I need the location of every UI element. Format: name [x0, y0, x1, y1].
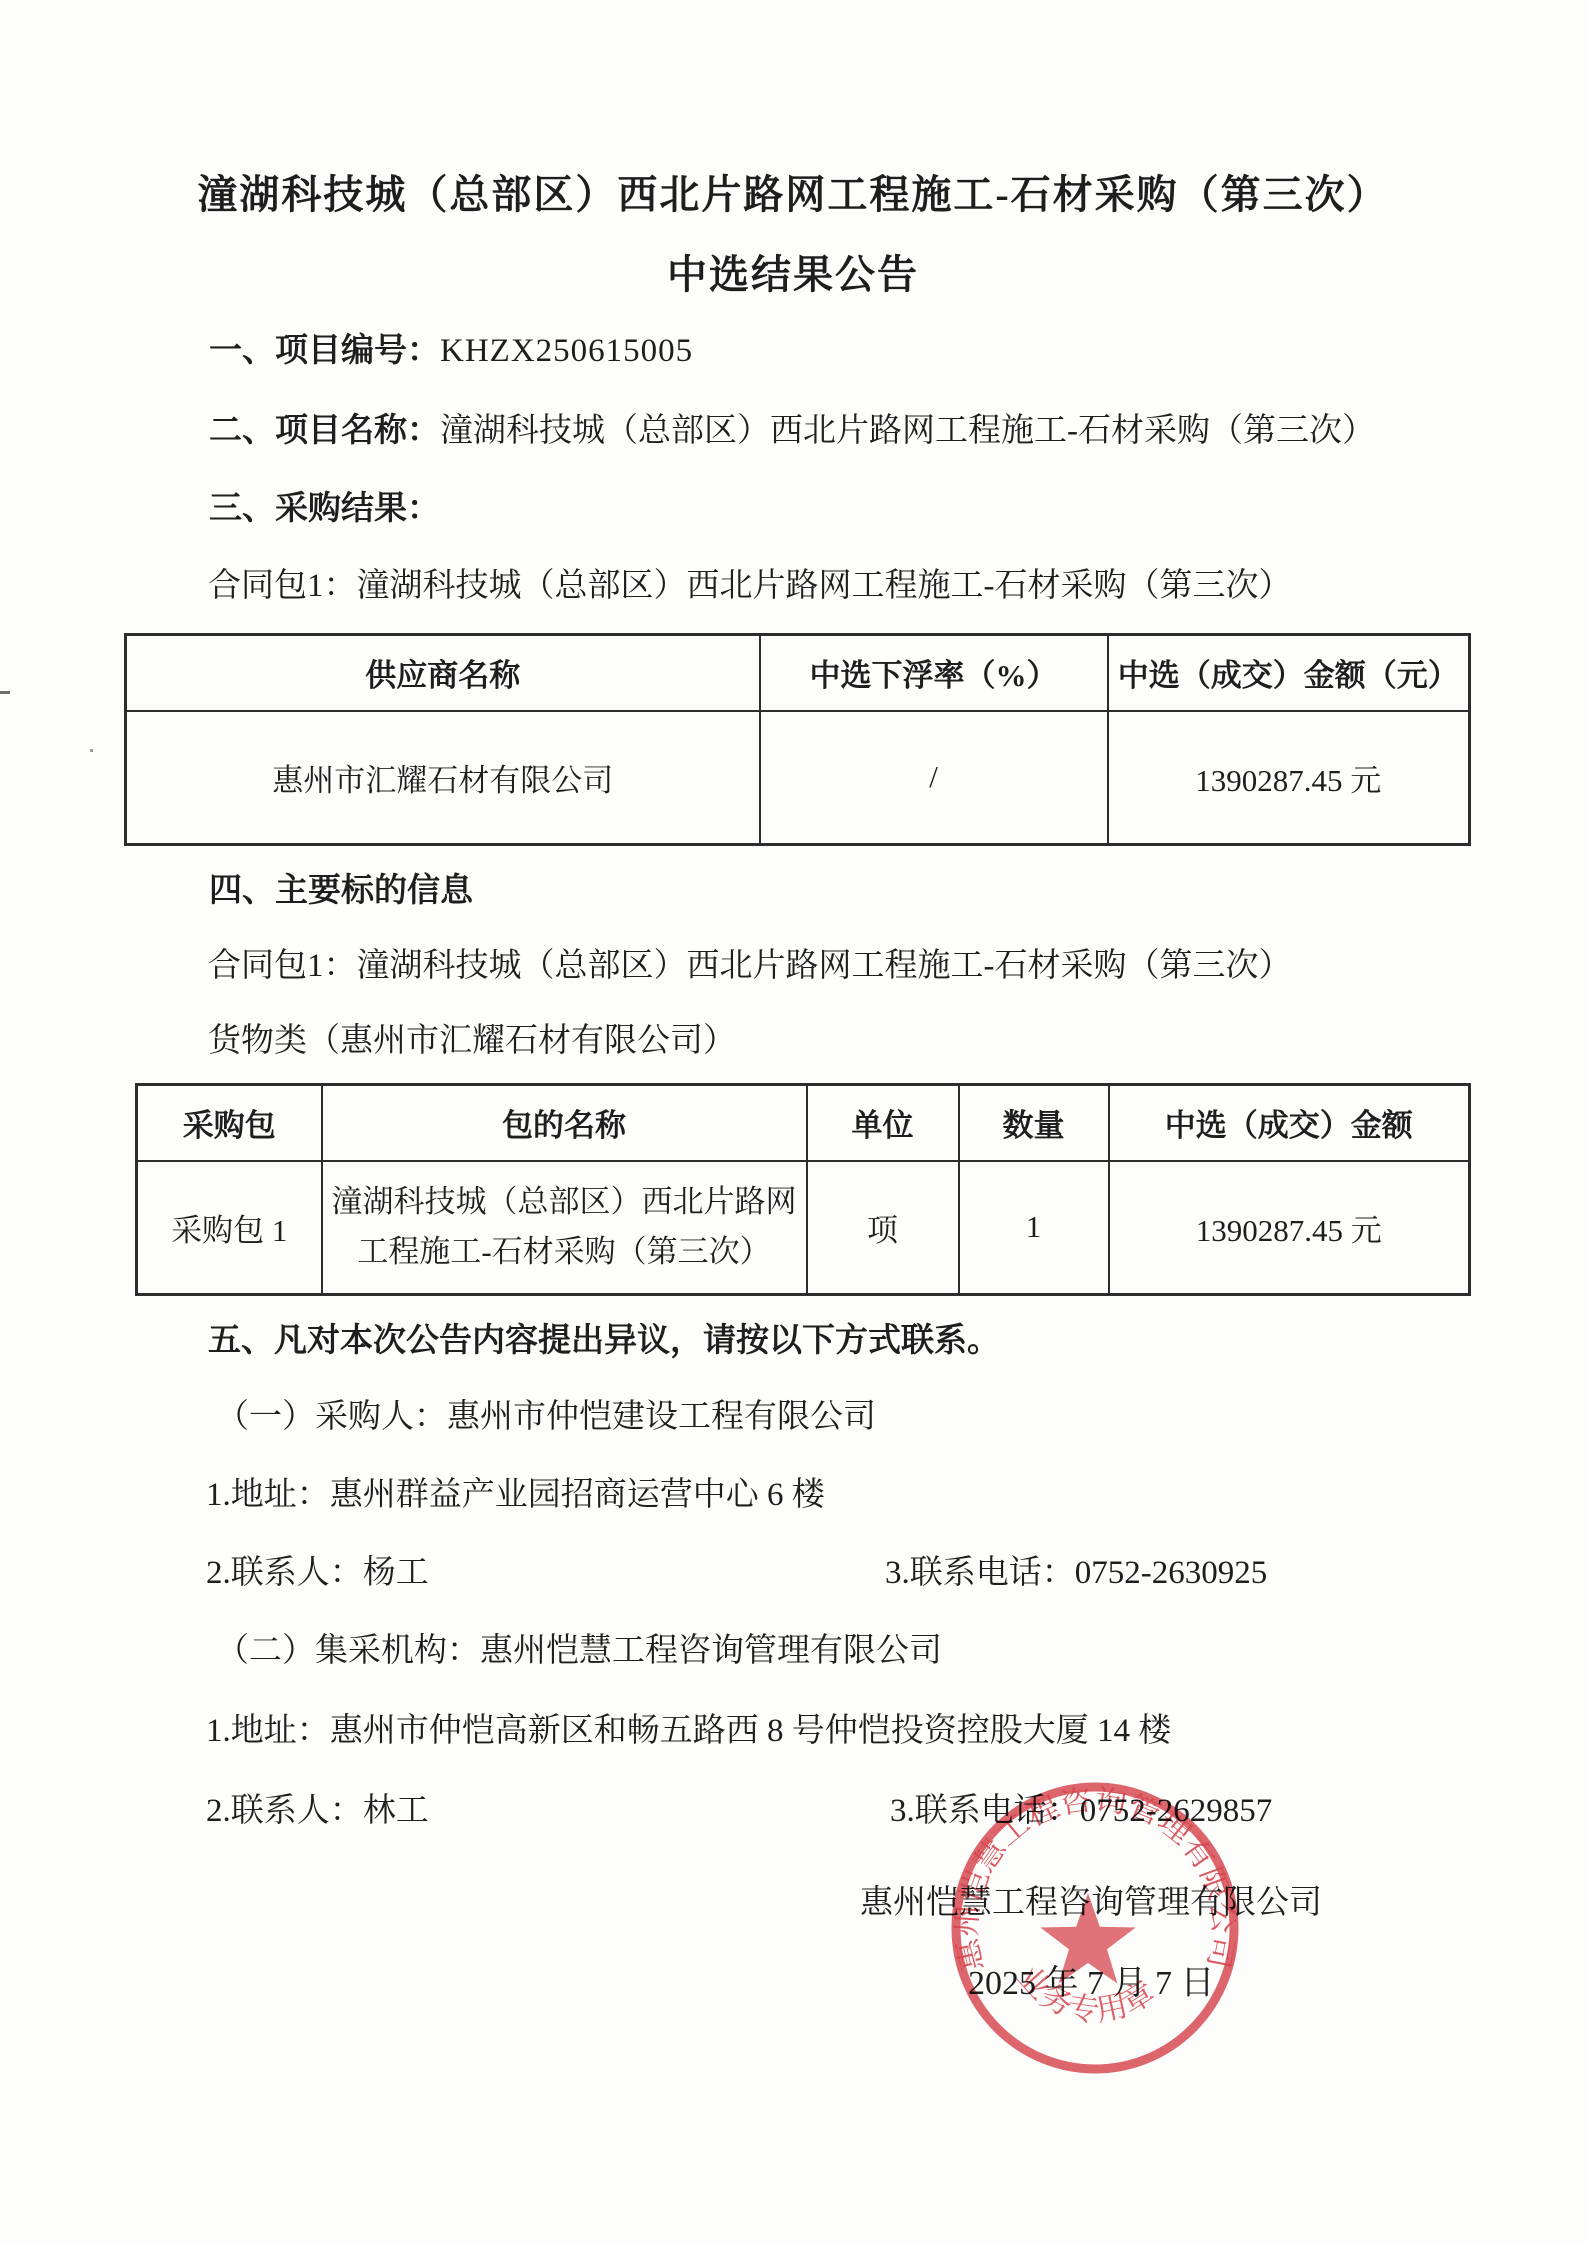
- scan-artifact-dot: [90, 749, 93, 752]
- project-number-label: 一、项目编号：: [209, 333, 440, 369]
- agency-address: 1.地址：惠州市仲恺高新区和畅五路西 8 号仲恺投资控股大厦 14 楼: [206, 1711, 1171, 1752]
- table-header-row: 供应商名称 中选下浮率（%） 中选（成交）金额（元）: [126, 635, 1470, 711]
- purchaser-contact-person: 2.联系人：杨工: [206, 1553, 429, 1594]
- award-amount-cell: 1390287.45 元: [1108, 711, 1470, 845]
- col-header-supplier-name: 供应商名称: [126, 635, 760, 711]
- supplier-result-table: 供应商名称 中选下浮率（%） 中选（成交）金额（元） 惠州市汇耀石材有限公司 /…: [124, 633, 1471, 846]
- table-row: 采购包 1 潼湖科技城（总部区）西北片路网 工程施工-石材采购（第三次） 项 1…: [137, 1161, 1470, 1295]
- purchaser-phone: 3.联系电话：0752-2630925: [885, 1553, 1267, 1594]
- purchaser-line: （一）采购人：惠州市仲恺建设工程有限公司: [216, 1397, 876, 1438]
- section-subject-info: 四、主要标的信息: [209, 871, 473, 912]
- col-header-package-name: 包的名称: [322, 1085, 807, 1161]
- purchaser-address: 1.地址：惠州群益产业园招商运营中心 6 楼: [206, 1475, 825, 1516]
- document-title-line2: 中选结果公告: [0, 250, 1586, 300]
- package-id-cell: 采购包 1: [137, 1161, 322, 1295]
- agency-line: （二）集采机构：惠州恺慧工程咨询管理有限公司: [216, 1631, 942, 1672]
- announcement-document: 潼湖科技城（总部区）西北片路网工程施工-石材采购（第三次） 中选结果公告 一、项…: [0, 0, 1586, 2242]
- document-title-line1: 潼湖科技城（总部区）西北片路网工程施工-石材采购（第三次）: [0, 170, 1586, 220]
- package-name-line2: 工程施工-石材采购（第三次）: [329, 1227, 800, 1277]
- project-name-label: 二、项目名称：: [209, 413, 440, 449]
- contract-package-line-1: 合同包1：潼湖科技城（总部区）西北片路网工程施工-石材采购（第三次）: [208, 566, 1292, 607]
- section-procurement-result: 三、采购结果：: [209, 489, 440, 530]
- package-detail-table: 采购包 包的名称 单位 数量 中选（成交）金额 采购包 1 潼湖科技城（总部区）…: [135, 1083, 1471, 1296]
- project-number-value: KHZX250615005: [440, 333, 693, 369]
- discount-rate-cell: /: [760, 711, 1108, 845]
- goods-category-line: 货物类（惠州市汇耀石材有限公司）: [208, 1021, 736, 1062]
- contract-package-line-2: 合同包1：潼湖科技城（总部区）西北片路网工程施工-石材采购（第三次）: [208, 946, 1292, 987]
- company-seal-stamp: 惠州恺慧工程咨询管理有限公司 业务专用章: [940, 1772, 1250, 2082]
- section-project-number: 一、项目编号：KHZX250615005: [209, 331, 693, 372]
- quantity-cell: 1: [959, 1161, 1109, 1295]
- svg-text:业务专用章: 业务专用章: [1011, 1959, 1161, 2028]
- unit-cell: 项: [807, 1161, 959, 1295]
- supplier-name-cell: 惠州市汇耀石材有限公司: [126, 711, 760, 845]
- section-objection-contact: 五、凡对本次公告内容提出异议，请按以下方式联系。: [208, 1321, 1000, 1362]
- col-header-quantity: 数量: [959, 1085, 1109, 1161]
- col-header-award-amount: 中选（成交）金额（元）: [1108, 635, 1470, 711]
- project-name-value: 潼湖科技城（总部区）西北片路网工程施工-石材采购（第三次）: [440, 413, 1375, 449]
- table-row: 惠州市汇耀石材有限公司 / 1390287.45 元: [126, 711, 1470, 845]
- seal-bottom-text: 业务专用章: [1011, 1959, 1161, 2028]
- col-header-discount-rate: 中选下浮率（%）: [760, 635, 1108, 711]
- amount-cell: 1390287.45 元: [1109, 1161, 1470, 1295]
- seal-star-icon: [1040, 1893, 1135, 1984]
- package-name-line1: 潼湖科技城（总部区）西北片路网: [329, 1177, 800, 1227]
- section-project-name: 二、项目名称：潼湖科技城（总部区）西北片路网工程施工-石材采购（第三次）: [209, 411, 1375, 452]
- agency-contact-person: 2.联系人：林工: [206, 1791, 429, 1832]
- scan-artifact-dash: [0, 691, 10, 694]
- col-header-package: 采购包: [137, 1085, 322, 1161]
- col-header-amount: 中选（成交）金额: [1109, 1085, 1470, 1161]
- table-header-row: 采购包 包的名称 单位 数量 中选（成交）金额: [137, 1085, 1470, 1161]
- package-name-cell: 潼湖科技城（总部区）西北片路网 工程施工-石材采购（第三次）: [322, 1161, 807, 1295]
- col-header-unit: 单位: [807, 1085, 959, 1161]
